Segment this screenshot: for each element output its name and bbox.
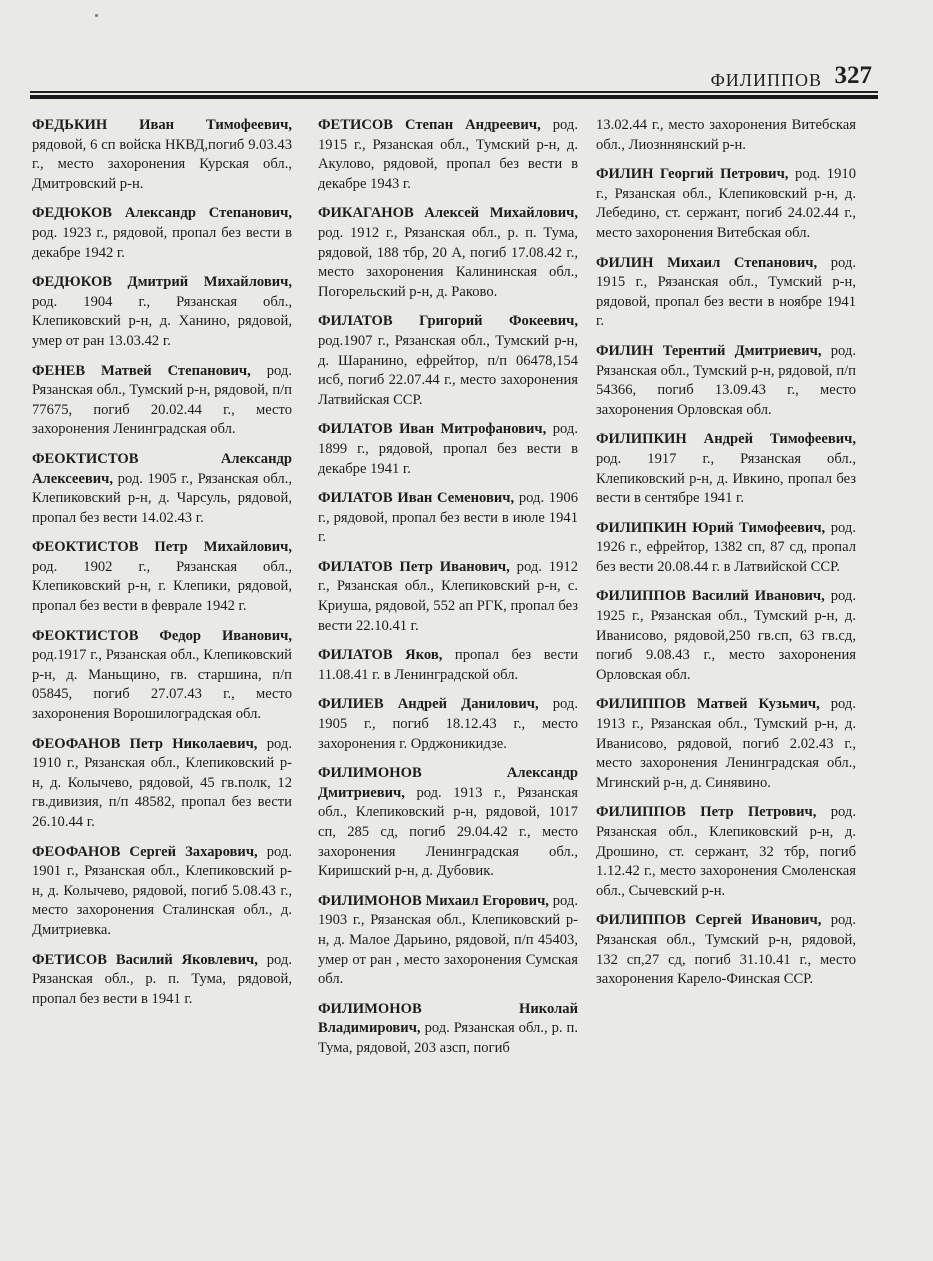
text-column-1: ФЕДЬКИН Иван Тимофеевич, рядовой, 6 сп в… [32,116,292,1019]
entry-name: ФИЛИППОВ Василий Иванович, [596,588,825,604]
entry-name: ФИЛИППОВ Петр Петрович, [596,804,816,820]
scan-speck [95,14,98,17]
entry: ФИЛИМОНОВ Александр Дмитриевич, род. 191… [318,764,578,882]
entry-name: ФИЛАТОВ Яков, [318,647,442,663]
entry-name: ФИЛИППОВ Сергей Иванович, [596,912,821,928]
entry-text: род. 1902 г., Рязанская обл., Клепиковск… [32,559,292,614]
entry-name: ФЕОФАНОВ Сергей Захарович, [32,844,258,860]
page-number: 327 [835,62,873,90]
entry: ФИЛАТОВ Петр Иванович, род. 1912 г., Ряз… [318,558,578,636]
entry-name: ФИЛАТОВ Иван Митрофанович, [318,421,546,437]
entry-text: 13.02.44 г., место захоронения Витебская… [596,117,856,153]
entry-text: род.1917 г., Рязанская обл., Клепиковски… [32,647,292,722]
entry-continuation: 13.02.44 г., место захоронения Витебская… [596,116,856,155]
entry: ФИЛИПКИН Андрей Тимофеевич, род. 1917 г.… [596,430,856,508]
entry-name: ФЕНЕВ Матвей Степанович, [32,363,251,379]
entry: ФЕДЬКИН Иван Тимофеевич, рядовой, 6 сп в… [32,116,292,194]
entry: ФЕОКТИСТОВ Федор Иванович, род.1917 г., … [32,627,292,725]
entry-name: ФИЛИПКИН Юрий Тимофеевич, [596,520,825,536]
entry: ФИЛИН Терентий Дмитриевич, род. Рязанска… [596,342,856,420]
entry: ФИЛИН Михаил Степанович, род. 1915 г., Р… [596,254,856,332]
entry: ФЕТИСОВ Василий Яковлевич, род. Рязанска… [32,951,292,1010]
entry: ФИЛИППОВ Василий Иванович, род. 1925 г.,… [596,587,856,685]
entry-name: ФИЛИН Георгий Петрович, [596,166,788,182]
entry-name: ФЕОФАНОВ Петр Николаевич, [32,736,257,752]
entry: ФЕТИСОВ Степан Андреевич, род. 1915 г., … [318,116,578,194]
entry: ФЕОКТИСТОВ Петр Михайлович, род. 1902 г.… [32,538,292,616]
entry-text: рядовой, 6 сп войска НКВД,погиб 9.03.43 … [32,137,292,192]
entry-text: род. 1917 г., Рязанская обл., Клепиковск… [596,451,856,506]
entry-name: ФЕТИСОВ Степан Андреевич, [318,117,541,133]
entry-name: ФЕОКТИСТОВ Федор Иванович, [32,628,292,644]
running-head: ФИЛИППОВ [711,70,822,91]
entry: ФЕДЮКОВ Дмитрий Михайлович, род. 1904 г.… [32,273,292,351]
entry-name: ФИЛИЕВ Андрей Данилович, [318,696,539,712]
entry-name: ФИЛИН Михаил Степанович, [596,255,817,271]
entry-name: ФИЛИМОНОВ Михаил Егорович, [318,893,549,909]
page-header: ФИЛИППОВ 327 [30,62,878,90]
entry-name: ФЕОКТИСТОВ Петр Михайлович, [32,539,292,555]
entry: ФИЛИППОВ Петр Петрович, род. Рязанская о… [596,803,856,901]
entry: ФИЛИПКИН Юрий Тимофеевич, род. 1926 г., … [596,519,856,578]
entry-name: ФИЛИПКИН Андрей Тимофеевич, [596,431,856,447]
entry: ФЕОКТИСТОВ Александр Алексеевич, род. 19… [32,450,292,528]
entry: ФИЛИППОВ Матвей Кузьмич, род. 1913 г., Р… [596,695,856,793]
header-rule-thin [30,91,878,93]
header-rule-thick [30,95,878,99]
entry: ФЕНЕВ Матвей Степанович, род. Рязанская … [32,362,292,440]
entry-text: род. 1912 г., Рязанская обл., р. п. Тума… [318,225,578,300]
entry-name: ФЕДЬКИН Иван Тимофеевич, [32,117,292,133]
entry-name: ФИЛАТОВ Петр Иванович, [318,559,510,575]
entry-name: ФИЛИППОВ Матвей Кузьмич, [596,696,820,712]
entry-name: ФИЛИН Терентий Дмитриевич, [596,343,822,359]
entry-name: ФЕДЮКОВ Дмитрий Михайлович, [32,274,292,290]
entry: ФИЛАТОВ Григорий Фокеевич, род.1907 г., … [318,312,578,410]
entry-text: род. 1923 г., рядовой, пропал без вести … [32,225,292,261]
entry-name: ФЕДЮКОВ Александр Степанович, [32,205,292,221]
entry: ФИЛИН Георгий Петрович, род. 1910 г., Ря… [596,165,856,243]
entry: ФЕДЮКОВ Александр Степанович, род. 1923 … [32,204,292,263]
entry: ФИЛИМОНОВ Михаил Егорович, род. 1903 г.,… [318,892,578,990]
entry-text: род.1907 г., Рязанская обл., Тумский р-н… [318,333,578,408]
entry-name: ФИЛАТОВ Григорий Фокеевич, [318,313,578,329]
entry: ФИЛИЕВ Андрей Данилович, род. 1905 г., п… [318,695,578,754]
entry: ФЕОФАНОВ Петр Николаевич, род. 1910 г., … [32,735,292,833]
entry: ФИЛИППОВ Сергей Иванович, род. Рязанская… [596,911,856,989]
entry-name: ФЕТИСОВ Василий Яковлевич, [32,952,258,968]
entry-name: ФИЛАТОВ Иван Семенович, [318,490,514,506]
text-column-3: 13.02.44 г., место захоронения Витебская… [596,116,856,1000]
text-column-2: ФЕТИСОВ Степан Андреевич, род. 1915 г., … [318,116,578,1069]
entry-text: род. 1904 г., Рязанская обл., Клепиковск… [32,294,292,349]
entry: ФЕОФАНОВ Сергей Захарович, род. 1901 г.,… [32,843,292,941]
entry: ФИЛИМОНОВ Николай Владимирович, род. Ряз… [318,1000,578,1059]
entry: ФИЛАТОВ Иван Митрофанович, род. 1899 г.,… [318,420,578,479]
entry: ФИКАГАНОВ Алексей Михайлович, род. 1912 … [318,204,578,302]
entry-name: ФИКАГАНОВ Алексей Михайлович, [318,205,578,221]
entry: ФИЛАТОВ Иван Семенович, род. 1906 г., ря… [318,489,578,548]
entry: ФИЛАТОВ Яков, пропал без вести 11.08.41 … [318,646,578,685]
